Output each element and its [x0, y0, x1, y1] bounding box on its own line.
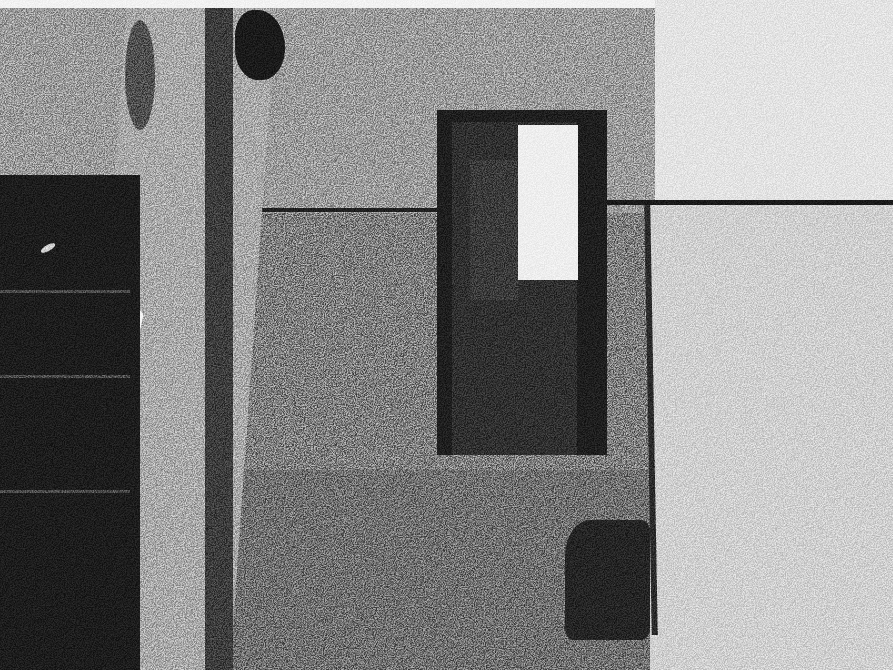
right-wall-upper	[655, 0, 893, 205]
drawer-divider	[0, 375, 130, 378]
photo-scene	[0, 0, 893, 670]
hanging-vine	[125, 20, 155, 130]
chair-rail-right	[600, 200, 893, 205]
dresser	[0, 175, 140, 670]
right-wall-lower	[650, 205, 893, 670]
pole	[205, 8, 233, 670]
window-light	[518, 125, 578, 280]
drawer-divider	[0, 290, 130, 293]
drawer-divider	[0, 490, 130, 493]
inner-wall	[470, 160, 518, 300]
floor-object-shadow	[565, 520, 650, 640]
